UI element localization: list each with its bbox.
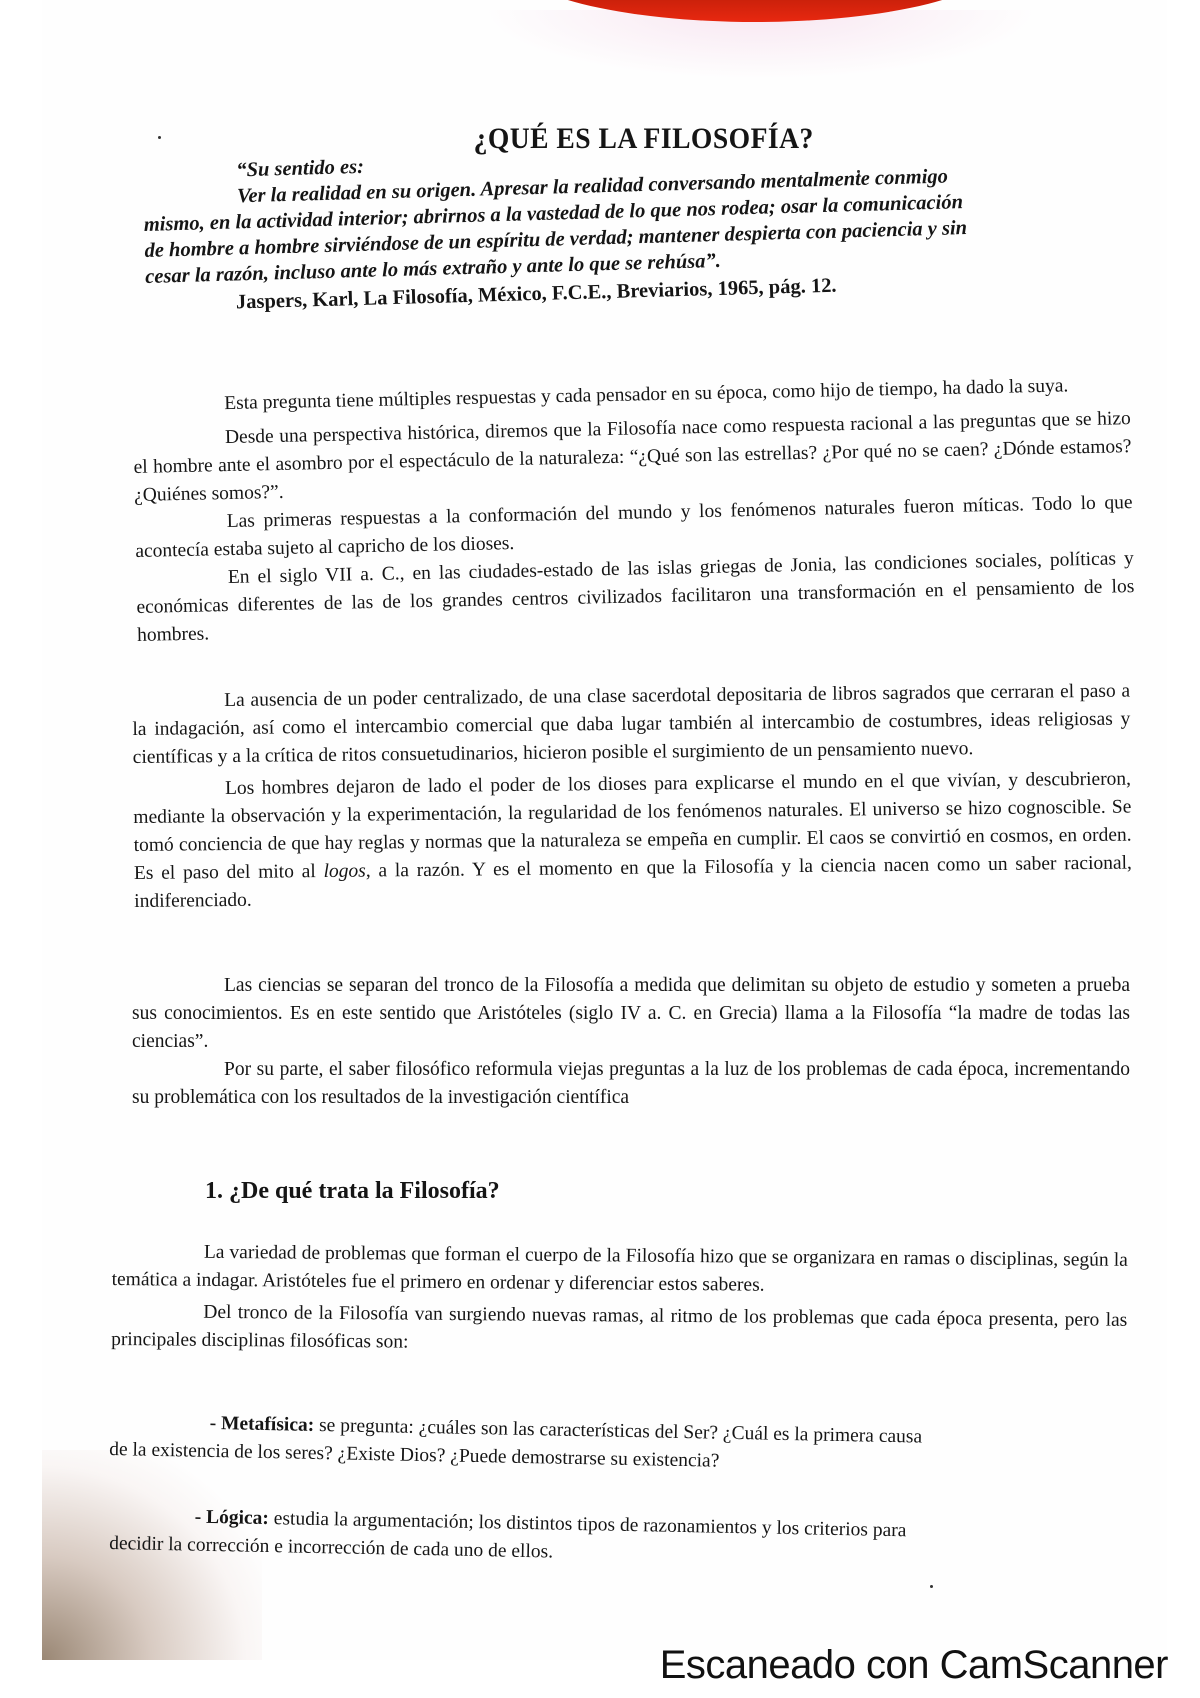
paragraph: La ausencia de un poder centralizado, de…	[132, 678, 1131, 772]
paragraph: La variedad de problemas que forman el c…	[112, 1238, 1128, 1303]
epigraph-quote: “Su sentido es: Ver la realidad en su or…	[142, 132, 1141, 318]
intro-paragraphs-2: La ausencia de un poder centralizado, de…	[132, 678, 1132, 916]
intro-paragraphs-1: Esta pregunta tiene múltiples respuestas…	[132, 371, 1135, 650]
paragraph: Los hombres dejaron de lado el poder de …	[133, 766, 1132, 916]
watermark-text: Escaneado con CamScanner	[660, 1648, 1168, 1682]
discipline-name: - Metafísica:	[210, 1413, 315, 1436]
paragraph: Del tronco de la Filosofía van surgiendo…	[111, 1298, 1127, 1363]
camscanner-watermark: Escaneado con CamScanner	[660, 1648, 1168, 1682]
discipline-name: - Lógica:	[195, 1507, 270, 1529]
paragraph: Por su parte, el saber filosófico reform…	[132, 1056, 1130, 1112]
section-heading: 1. ¿De qué trata la Filosofía?	[205, 1178, 500, 1205]
intro-paragraphs-3: Las ciencias se separan del tronco de la…	[132, 972, 1130, 1112]
section-1-paragraphs: La variedad de problemas que forman el c…	[111, 1238, 1128, 1363]
scan-speck	[158, 136, 161, 139]
paragraph-italic-term: logos	[323, 861, 365, 882]
paragraph: Las ciencias se separan del tronco de la…	[132, 972, 1130, 1056]
scan-speck	[930, 1585, 933, 1588]
discipline-text: decidir la corrección e incorrección de …	[109, 1533, 553, 1563]
scan-speck	[857, 170, 860, 173]
